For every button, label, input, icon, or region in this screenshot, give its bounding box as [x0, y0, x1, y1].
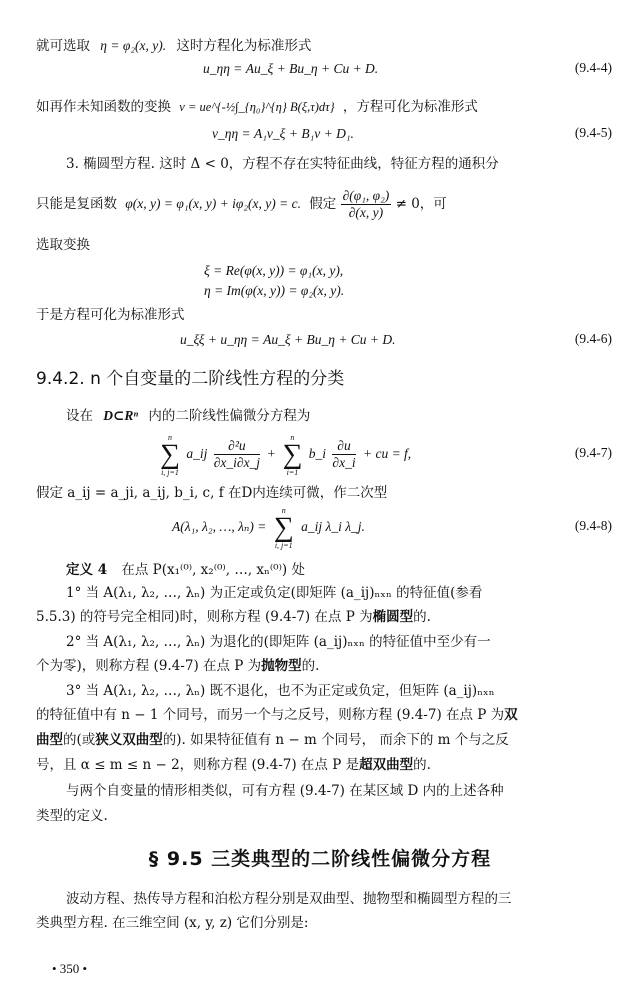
equation-xi-transform: ξ = Re(φ(x, y)) = φ₁(x, y),	[204, 262, 343, 280]
summation: n ∑ i, j=1	[160, 433, 180, 477]
section-heading-9-5: § 9.5 三类典型的二阶线性偏微分方程	[0, 850, 640, 868]
page-number: • 350 •	[52, 960, 87, 978]
paragraph-line: 曲型的(或狭义双曲型的). 如果特征值有 n − m 个同号， 而余下的 m 个…	[36, 731, 509, 749]
fraction-denominator: ∂x_i	[332, 455, 355, 471]
fraction: ∂u ∂x_i	[332, 438, 355, 471]
paragraph-line: 于是方程可化为标准形式	[36, 306, 185, 324]
term-hyperbolic: 曲型	[36, 732, 63, 748]
paragraph-line: 与两个自变量的情形相类似，可有方程 (9.4-7) 在某区域 D 内的上述各种	[66, 782, 504, 800]
text: 内的二阶线性偏微分方程为	[148, 408, 310, 424]
equation-9-4-6: u_ξξ + u_ηη = Au_ξ + Bu_η + Cu + D.	[180, 331, 396, 349]
text: 的.	[413, 757, 431, 773]
equation-body: u_ξξ + u_ηη = Au_ξ + Bu_η + Cu + D.	[180, 332, 396, 347]
text: 个为零)，则称方程 (9.4-7) 在点 P 为	[36, 658, 261, 674]
term-parabolic: 抛物型	[261, 658, 302, 674]
term-hyperbolic: 双	[504, 707, 518, 723]
paragraph-line: 就可选取 η = φ₂(x, y). 这时方程化为标准形式	[36, 37, 311, 55]
jacobian-fraction: ∂(φ₁, φ₂) ∂(x, y)	[341, 188, 392, 221]
equation-number: (9.4-7)	[575, 445, 612, 461]
text: 的). 如果特征值有 n − m 个同号， 而余下的 m 个与之反	[163, 732, 509, 748]
fraction: ∂²u ∂x_i∂x_j	[214, 438, 260, 471]
text: 的(或	[63, 732, 95, 748]
paragraph-line: 个为零)，则称方程 (9.4-7) 在点 P 为抛物型的.	[36, 657, 319, 675]
paragraph-line: 5.5.3) 的符号完全相同)时，则称方程 (9.4-7) 在点 P 为椭圆型的…	[36, 608, 431, 626]
text: 在点 P(x₁⁽⁰⁾, x₂⁽⁰⁾, …, xₙ⁽⁰⁾) 处	[121, 562, 305, 578]
text: 5.5.3) 的符号完全相同)时，则称方程 (9.4-7) 在点 P 为	[36, 609, 373, 625]
term-ultrahyperbolic: 超双曲型	[359, 757, 413, 773]
fraction-denominator: ∂(x, y)	[341, 205, 392, 221]
term-strict-hyperbolic: 狭义双曲型	[95, 732, 163, 748]
text: 3. 椭圆型方程. 这时 Δ < 0，方程不存在实特征曲线，特征方程的通积分	[66, 156, 499, 172]
text: ，方程可化为标准形式	[343, 99, 478, 115]
sigma-icon: ∑	[160, 442, 180, 468]
paragraph-line: 1° 当 A(λ₁, λ₂, …, λₙ) 为正定或负定(即矩阵 (a_ij)ₙ…	[66, 584, 482, 602]
equation-tail: + cu = f,	[363, 446, 411, 461]
paragraph-line: 3° 当 A(λ₁, λ₂, …, λₙ) 既不退化，也不为正定或负定，但矩阵 …	[66, 682, 495, 700]
sum-lower: i, j=1	[160, 468, 180, 477]
paragraph-line: 假定 a_ij = a_ji, a_ij, b_i, c, f 在D内连续可微，…	[36, 484, 387, 502]
inline-math: v = ue^{-½∫_{η₀}^{η} B(ξ,τ)dτ}	[179, 100, 334, 114]
paragraph-line: 只能是复函数 φ(x, y) = φ₁(x, y) + iφ₂(x, y) = …	[36, 186, 447, 222]
equation-body: η = Im(φ(x, y)) = φ₂(x, y).	[204, 283, 344, 298]
equation-number: (9.4-5)	[575, 125, 612, 141]
paragraph-line: 的特征值中有 n − 1 个同号，而另一个与之反号，则称方程 (9.4-7) 在…	[36, 706, 518, 724]
coefficient: b_i	[309, 446, 326, 461]
fraction-numerator: ∂²u	[214, 438, 260, 455]
text: 选取变换	[36, 237, 90, 253]
inline-math: η = φ₂(x, y).	[100, 38, 166, 53]
equation-eta-transform: η = Im(φ(x, y)) = φ₂(x, y).	[204, 282, 344, 300]
text: 这时方程化为标准形式	[176, 38, 311, 54]
summation: n ∑ i, j=1	[274, 506, 294, 550]
paragraph-line: 3. 椭圆型方程. 这时 Δ < 0，方程不存在实特征曲线，特征方程的通积分	[66, 155, 499, 173]
fraction-numerator: ∂(φ₁, φ₂)	[341, 188, 392, 205]
equation-body: v_ηη = A₁v_ξ + B₁v + D₁.	[212, 126, 354, 141]
equation-9-4-5: v_ηη = A₁v_ξ + B₁v + D₁.	[212, 125, 354, 143]
equation-9-4-8: A(λ₁, λ₂, …, λₙ) = n ∑ i, j=1 a_ij λ_i λ…	[172, 505, 365, 550]
text: 的.	[413, 609, 431, 625]
definition-line: 定义 4 在点 P(x₁⁽⁰⁾, x₂⁽⁰⁾, …, xₙ⁽⁰⁾) 处	[66, 561, 305, 579]
equation-number: (9.4-6)	[575, 331, 612, 347]
text: 于是方程可化为标准形式	[36, 307, 185, 323]
equation-number: (9.4-4)	[575, 60, 612, 76]
paragraph-line: 2° 当 A(λ₁, λ₂, …, λₙ) 为退化的(即矩阵 (a_ij)ₙₓₙ…	[66, 633, 491, 651]
sum-lower: i, j=1	[274, 541, 294, 550]
equation-number: (9.4-8)	[575, 518, 612, 534]
text: ≠ 0，可	[396, 196, 447, 212]
text: 假定	[309, 196, 336, 212]
paragraph-line: 选取变换	[36, 236, 90, 254]
equation-rhs: a_ij λ_i λ_j.	[301, 519, 365, 534]
section-heading-9-4-2: 9.4.2. n 个自变量的二阶线性方程的分类	[36, 370, 344, 388]
fraction-denominator: ∂x_i∂x_j	[214, 455, 260, 471]
paragraph-line: 设在 D⊂Rⁿ 内的二阶线性偏微分方程为	[66, 407, 310, 425]
sigma-icon: ∑	[274, 515, 294, 541]
fraction-numerator: ∂u	[332, 438, 355, 455]
term-elliptic: 椭圆型	[373, 609, 414, 625]
plus-sign: +	[267, 446, 275, 461]
equation-lhs: A(λ₁, λ₂, …, λₙ) =	[172, 519, 266, 534]
summation: n ∑ i=1	[282, 433, 302, 477]
paragraph-line: 类型的定义.	[36, 807, 108, 825]
definition-label: 定义 4	[66, 562, 107, 578]
equation-body: ξ = Re(φ(x, y)) = φ₁(x, y),	[204, 263, 343, 278]
sigma-icon: ∑	[282, 442, 302, 468]
equation-body: u_ηη = Au_ξ + Bu_η + Cu + D.	[203, 61, 378, 76]
text: 如再作未知函数的变换	[36, 99, 171, 115]
coefficient: a_ij	[186, 446, 207, 461]
inline-math: φ(x, y) = φ₁(x, y) + iφ₂(x, y) = c.	[125, 196, 301, 211]
text: 号，且 α ≤ m ≤ n − 2，则称方程 (9.4-7) 在点 P 是	[36, 757, 359, 773]
text: 的特征值中有 n − 1 个同号，而另一个与之反号，则称方程 (9.4-7) 在…	[36, 707, 504, 723]
paragraph-line: 类典型方程. 在三维空间 (x, y, z) 它们分别是:	[36, 914, 308, 932]
paragraph-line: 号，且 α ≤ m ≤ n − 2，则称方程 (9.4-7) 在点 P 是超双曲…	[36, 756, 431, 774]
text: 设在	[66, 408, 93, 424]
equation-9-4-4: u_ηη = Au_ξ + Bu_η + Cu + D.	[203, 60, 378, 78]
inline-math: D⊂Rⁿ	[103, 408, 138, 423]
text: 就可选取	[36, 38, 90, 54]
text: 只能是复函数	[36, 196, 117, 212]
paragraph-line: 波动方程、热传导方程和泊松方程分别是双曲型、抛物型和椭圆型方程的三	[66, 890, 512, 908]
text: 的.	[302, 658, 320, 674]
paragraph-line: 如再作未知函数的变换 v = ue^{-½∫_{η₀}^{η} B(ξ,τ)dτ…	[36, 98, 478, 116]
equation-9-4-7: n ∑ i, j=1 a_ij ∂²u ∂x_i∂x_j + n ∑ i=1 b…	[160, 432, 411, 477]
